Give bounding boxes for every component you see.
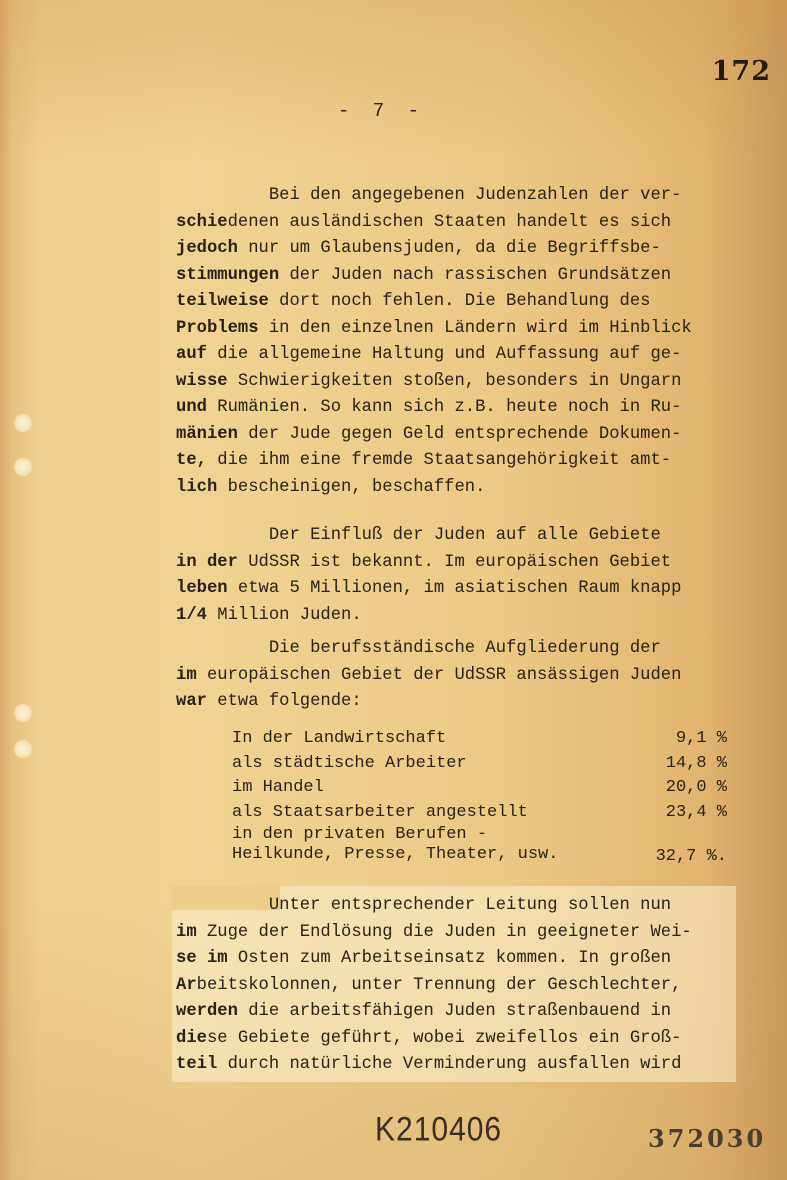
page-number: - 7 - <box>338 100 425 122</box>
bold-margin-text: im <box>176 923 197 942</box>
occupation-percent: 14,8 % <box>666 752 727 777</box>
occupation-label: als Staatsarbeiter angestellt <box>232 801 528 826</box>
table-row: in den privaten Berufen - Heilkunde, Pre… <box>232 825 752 869</box>
text-line: auf die allgemeine Haltung und Auffassun… <box>176 342 736 369</box>
occupation-percent: 32,7 %. <box>656 847 727 867</box>
bold-margin-text: im <box>176 666 197 685</box>
text-line: stimmungen der Juden nach rassischen Gru… <box>176 263 736 290</box>
bold-margin-text: auf <box>176 345 207 364</box>
paragraph-1: Bei den angegebenen Judenzahlen der ver-… <box>176 183 736 501</box>
text-line: te, die ihm eine fremde Staatsangehörigk… <box>176 448 736 475</box>
bold-margin-text: se im <box>176 949 228 968</box>
paragraph-2: Der Einfluß der Juden auf alle Gebietein… <box>176 523 736 629</box>
occupation-table: In der Landwirtschaft9,1 %als städtische… <box>232 727 752 869</box>
bold-margin-text: mänien <box>176 425 238 444</box>
bold-margin-text: und <box>176 398 207 417</box>
occupation-percent: 20,0 % <box>666 776 727 801</box>
text-line: lich bescheinigen, beschaffen. <box>176 475 736 502</box>
punch-hole <box>14 704 32 722</box>
text-line: diese Gebiete geführt, wobei zweifellos … <box>176 1026 736 1053</box>
occupation-label: im Handel <box>232 776 324 801</box>
occupation-percent: 9,1 % <box>676 727 727 752</box>
bold-margin-text: wisse <box>176 372 228 391</box>
table-row: als Staatsarbeiter angestellt23,4 % <box>232 801 752 826</box>
paragraph-3: Die berufsständische Aufgliederung derim… <box>176 636 736 716</box>
table-row: als städtische Arbeiter14,8 % <box>232 752 752 777</box>
bold-margin-text: die <box>176 1029 207 1048</box>
bold-margin-text: teil <box>176 1055 217 1074</box>
text-line: Problems in den einzelnen Ländern wird i… <box>176 316 736 343</box>
text-line: leben etwa 5 Millionen, im asiatischen R… <box>176 576 736 603</box>
bold-margin-text: Problems <box>176 319 259 338</box>
text-line: im europäischen Gebiet der UdSSR ansässi… <box>176 663 736 690</box>
text-line: in der UdSSR ist bekannt. Im europäische… <box>176 550 736 577</box>
text-line: war etwa folgende: <box>176 689 736 716</box>
bold-margin-text: war <box>176 692 207 711</box>
bold-margin-text: in der <box>176 553 238 572</box>
text-line: jedoch nur um Glaubensjuden, da die Begr… <box>176 236 736 263</box>
text-line: werden die arbeitsfähigen Juden straßenb… <box>176 999 736 1026</box>
bold-margin-text: stimmungen <box>176 266 279 285</box>
text-line: teil durch natürliche Verminderung ausfa… <box>176 1052 736 1079</box>
bold-margin-text: teilweise <box>176 292 269 311</box>
text-line: Die berufsständische Aufgliederung der <box>176 636 736 663</box>
occupation-label: In der Landwirtschaft <box>232 727 446 752</box>
text-line: mänien der Jude gegen Geld entsprechende… <box>176 422 736 449</box>
text-line: teilweise dort noch fehlen. Die Behandlu… <box>176 289 736 316</box>
text-line: Der Einfluß der Juden auf alle Gebiete <box>176 523 736 550</box>
text-line: se im Osten zum Arbeitseinsatz kommen. I… <box>176 946 736 973</box>
text-line: 1/4 Million Juden. <box>176 603 736 630</box>
archive-stamp-right: 372030 <box>648 1124 766 1153</box>
table-row: im Handel20,0 % <box>232 776 752 801</box>
text-line: und Rumänien. So kann sich z.B. heute no… <box>176 395 736 422</box>
punch-hole <box>14 458 32 476</box>
occupation-percent: 23,4 % <box>666 801 727 826</box>
punch-hole <box>14 740 32 758</box>
bold-margin-text: jedoch <box>176 239 238 258</box>
text-line: Bei den angegebenen Judenzahlen der ver- <box>176 183 736 210</box>
paragraph-4: Unter entsprechender Leitung sollen nuni… <box>176 893 736 1079</box>
bold-margin-text: te, <box>176 451 207 470</box>
bold-margin-text: Ar <box>176 976 197 995</box>
punch-hole <box>14 414 32 432</box>
text-line: im Zuge der Endlösung die Juden in geeig… <box>176 920 736 947</box>
archive-stamp-left: K210406 <box>375 1110 502 1149</box>
bold-margin-text: 1/4 <box>176 606 207 625</box>
bold-margin-text: leben <box>176 579 228 598</box>
folio-number: 172 <box>712 56 771 87</box>
bold-margin-text: lich <box>176 478 217 497</box>
text-line: Unter entsprechender Leitung sollen nun <box>176 893 736 920</box>
text-line: schiedenen ausländischen Staaten handelt… <box>176 210 736 237</box>
text-line: Arbeitskolonnen, unter Trennung der Gesc… <box>176 973 736 1000</box>
text-line: wisse Schwierigkeiten stoßen, besonders … <box>176 369 736 396</box>
occupation-label: in den privaten Berufen - Heilkunde, Pre… <box>232 825 558 865</box>
occupation-label: als städtische Arbeiter <box>232 752 467 777</box>
bold-margin-text: schie <box>176 213 228 232</box>
bold-margin-text: werden <box>176 1002 238 1021</box>
table-row: In der Landwirtschaft9,1 % <box>232 727 752 752</box>
